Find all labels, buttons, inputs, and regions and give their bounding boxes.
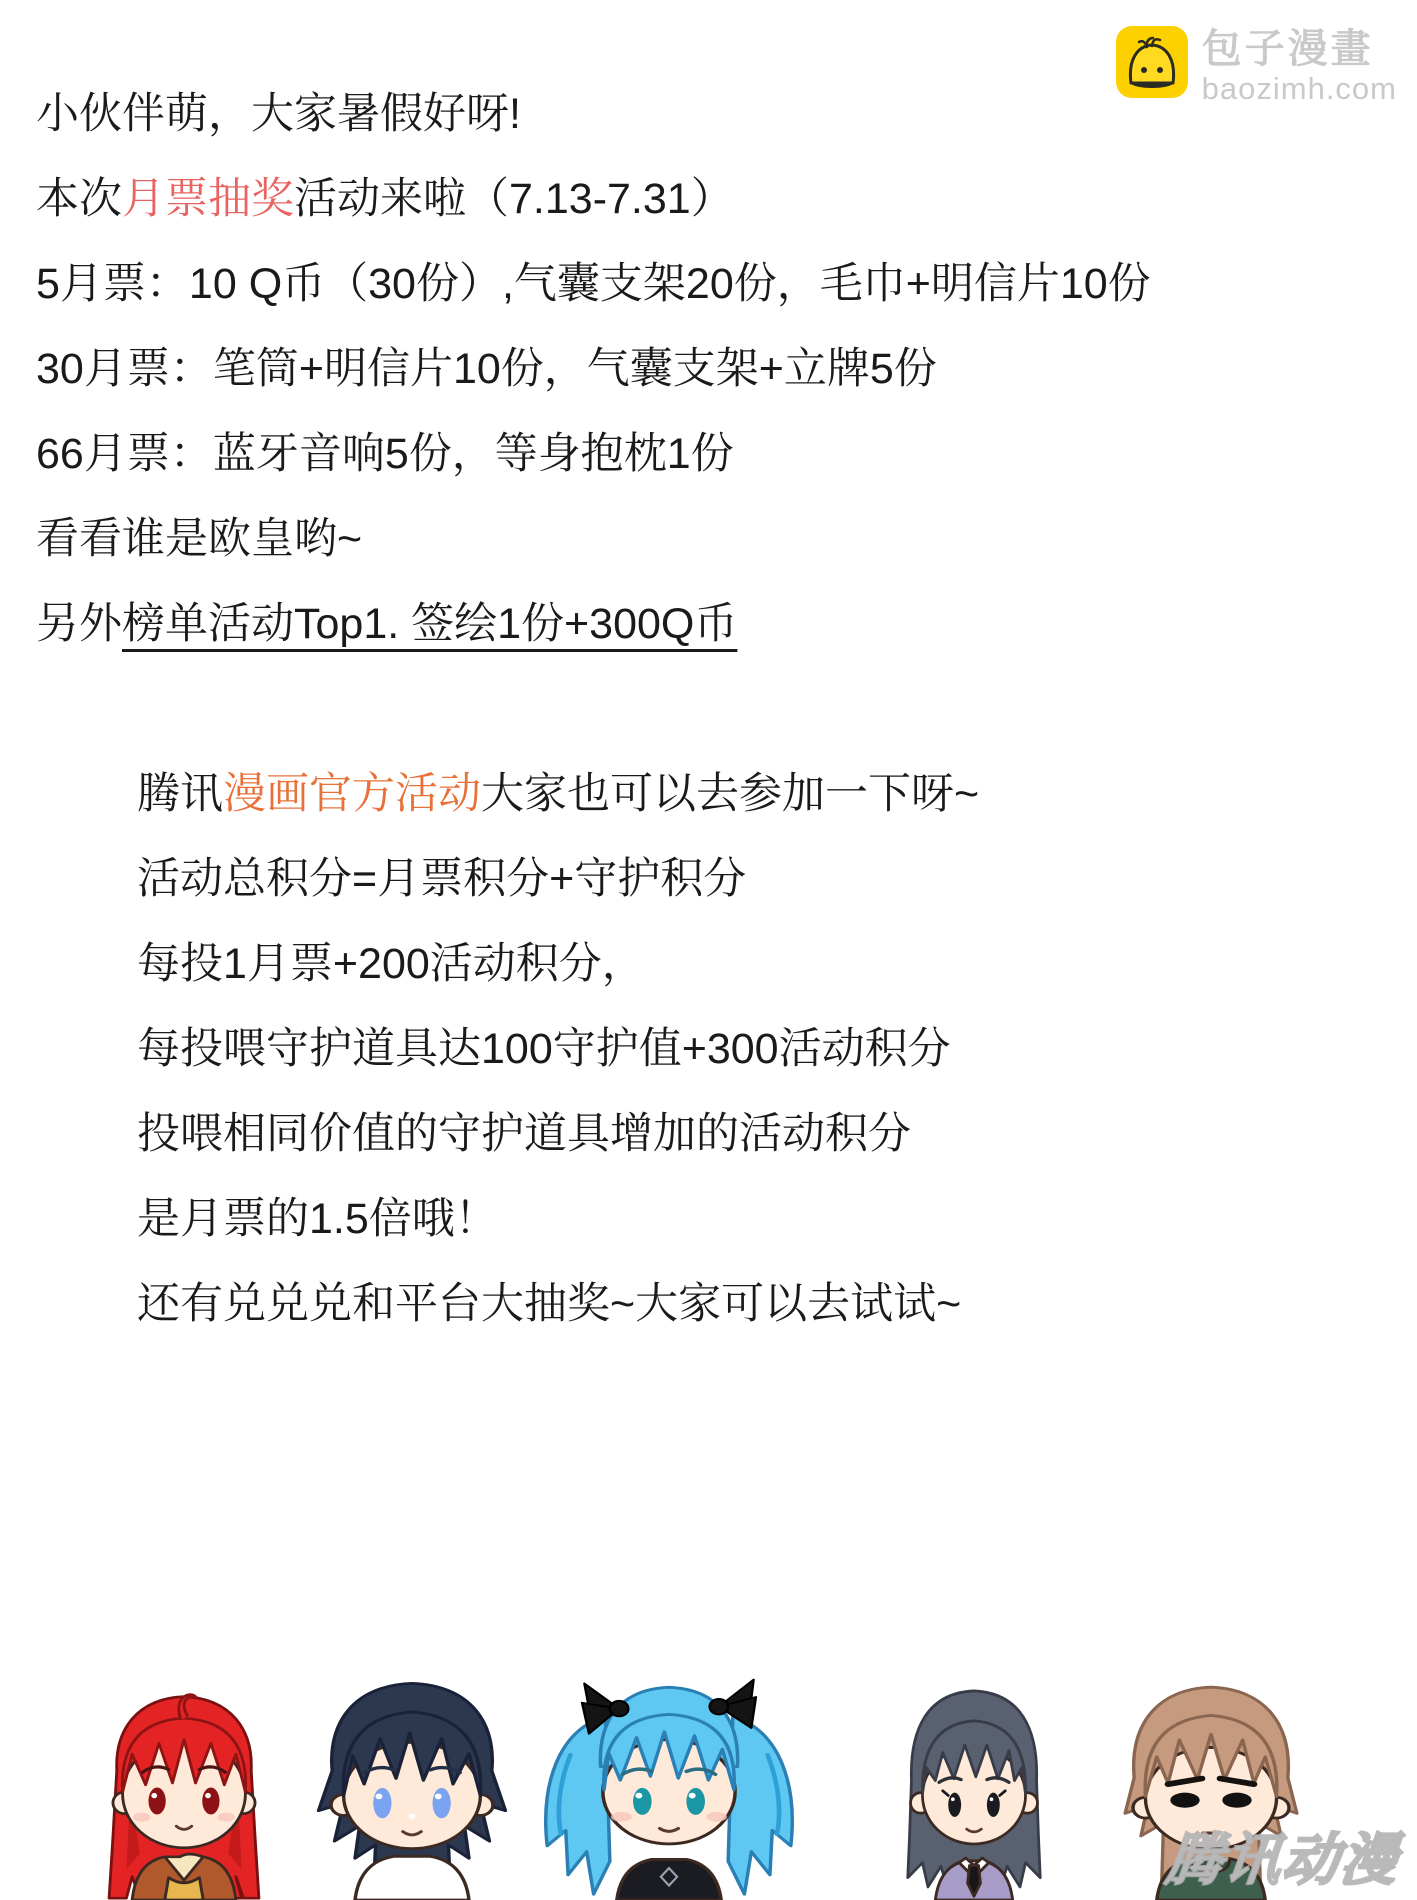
announcement-line: 每投喂守护道具达100守护值+300活动积分: [137, 1007, 979, 1092]
text-segment: 另外: [36, 600, 122, 648]
character-gray-haired-girl: [882, 1676, 1066, 1900]
announcement-block-2: 腾讯漫画官方活动大家也可以去参加一下呀~活动总积分=月票积分+守护积分每投1月票…: [137, 752, 979, 1347]
announcement-line: 小伙伴萌，大家暑假好呀!: [36, 72, 1151, 157]
text-segment: 看看谁是欧皇哟~: [36, 515, 362, 563]
announcement-line: 66月票：蓝牙音响5份，等身抱枕1份: [36, 412, 1151, 497]
announcement-line: 5月票：10 Q币（30份）,气囊支架20份，毛巾+明信片10份: [36, 242, 1151, 327]
text-segment: 5月票：10 Q币（30份）,气囊支架20份，毛巾+明信片10份: [36, 260, 1151, 308]
text-segment: 大家也可以去参加一下呀~: [481, 770, 979, 818]
text-segment: 小伙伴萌，大家暑假好呀!: [36, 90, 521, 138]
site-domain: baozimh.com: [1202, 72, 1397, 106]
announcement-block-1: 小伙伴萌，大家暑假好呀!本次月票抽奖活动来啦（7.13-7.31）5月票：10 …: [36, 72, 1151, 667]
comic-announcement-page: { "page": { "background": "#ffffff" }, "…: [0, 0, 1417, 1900]
announcement-line: 本次月票抽奖活动来啦（7.13-7.31）: [36, 157, 1151, 242]
site-name: 包子漫畫: [1202, 26, 1397, 72]
character-navy-haired-boy: [298, 1672, 526, 1900]
text-segment: 30月票：笔筒+明信片10份，气囊支架+立牌5份: [36, 345, 937, 393]
text-segment: 活动总积分=月票积分+守护积分: [137, 855, 746, 903]
text-segment: 投喂相同价值的守护道具增加的活动积分: [137, 1110, 911, 1158]
text-segment: 每投1月票+200活动积分，: [137, 940, 645, 988]
announcement-line: 活动总积分=月票积分+守护积分: [137, 837, 979, 922]
text-segment: 是月票的1.5倍哦！: [137, 1195, 498, 1243]
announcement-line: 是月票的1.5倍哦！: [137, 1177, 979, 1262]
text-segment: 还有兑兑兑和平台大抽奖~大家可以去试试~: [137, 1280, 961, 1328]
announcement-line: 还有兑兑兑和平台大抽奖~大家可以去试试~: [137, 1262, 979, 1347]
text-segment: 榜单活动Top1. 签绘1份+300Q币: [122, 600, 737, 648]
announcement-line: 看看谁是欧皇哟~: [36, 497, 1151, 582]
text-segment: 每投喂守护道具达100守护值+300活动积分: [137, 1025, 951, 1073]
announcement-line: 30月票：笔筒+明信片10份，气囊支架+立牌5份: [36, 327, 1151, 412]
highlighted-text: 漫画官方活动: [223, 770, 481, 818]
text-segment: 66月票：蓝牙音响5份，等身抱枕1份: [36, 430, 734, 478]
announcement-line: 投喂相同价值的守护道具增加的活动积分: [137, 1092, 979, 1177]
tencent-comics-watermark: 腾讯动漫: [1163, 1816, 1403, 1896]
text-segment: 本次: [36, 175, 122, 223]
announcement-line: 另外榜单活动Top1. 签绘1份+300Q币: [36, 582, 1151, 667]
text-segment: 活动来啦（7.13-7.31）: [294, 175, 734, 223]
site-logo[interactable]: 包子漫畫 baozimh.com: [1116, 26, 1397, 106]
announcement-line: 腾讯漫画官方活动大家也可以去参加一下呀~: [137, 752, 979, 837]
announcement-line: 每投1月票+200活动积分，: [137, 922, 979, 1007]
highlighted-text: 月票抽奖: [122, 175, 294, 223]
character-cyan-twintail-girl: [524, 1668, 814, 1900]
character-red-haired-girl: [88, 1684, 280, 1900]
text-segment: 腾讯: [137, 770, 223, 818]
